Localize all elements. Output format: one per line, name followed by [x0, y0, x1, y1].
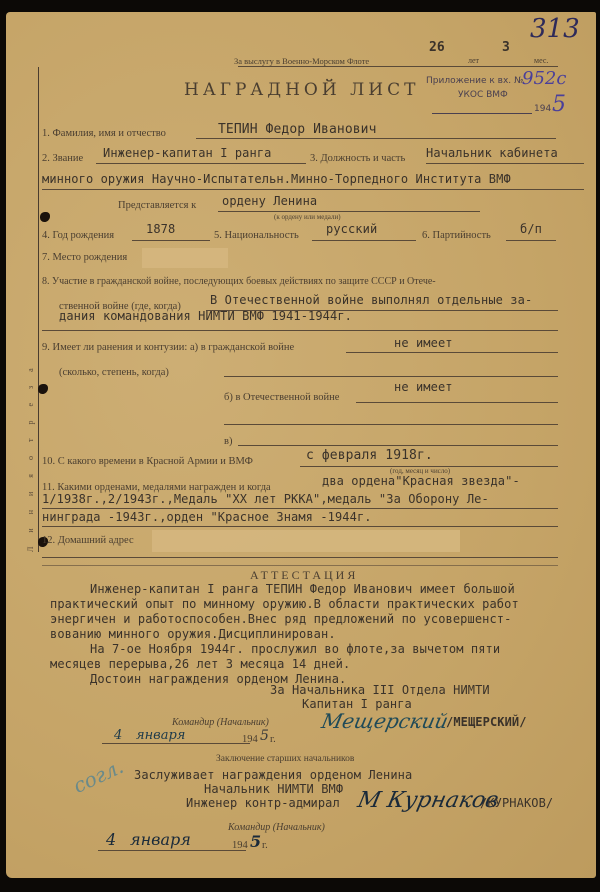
field9b-underline — [356, 402, 558, 403]
nominated-value: ордену Ленина — [222, 194, 317, 208]
field8-value-2: дания командования НИМТИ ВМФ 1941-1944г. — [59, 309, 352, 323]
field11-value-1: два ордена"Красная звезда"- — [322, 474, 520, 488]
attestation-line-6: месяцев перерыва,26 лет 3 месяца 14 дней… — [50, 657, 350, 671]
stamp-number: 952с — [522, 68, 566, 89]
field6-label: 6. Партийность — [422, 230, 491, 241]
conclusion-line2: Начальник НИМТИ ВМФ — [204, 782, 343, 796]
field5-label: 5. Национальность — [214, 230, 299, 241]
field11-value-2: 1/1938г.,2/1943г.,Медаль "XX лет РККА",м… — [42, 492, 489, 506]
conclusion-date-month: января — [130, 830, 191, 849]
service-underline — [238, 66, 558, 67]
attestation-line-2: практический опыт по минному оружию.В об… — [50, 597, 519, 611]
conclusion-line3: Инженер контр-адмирал — [186, 796, 340, 810]
punch-hole-1 — [40, 212, 50, 222]
attestation-date-month: января — [136, 728, 185, 743]
document-title: НАГРАДНОЙ ЛИСТ — [184, 80, 419, 100]
field12-underline-2 — [42, 565, 558, 566]
birthplace-redaction — [142, 248, 228, 268]
attestation-date-underline — [102, 743, 250, 744]
attestation-line-5: На 7-ое Ноября 1944г. прослужил во флоте… — [90, 642, 500, 656]
field4-value: 1878 — [146, 222, 175, 236]
field1-value: ТЕПИН Федор Иванович — [218, 122, 377, 137]
field3-underline-1 — [426, 163, 584, 164]
attestation-signature: Мещерский — [319, 709, 450, 733]
field11-value-3: нинграда -1943г.,орден "Красное Знамя -1… — [42, 510, 372, 524]
field9c-underline — [238, 445, 558, 446]
field4-underline — [132, 240, 210, 241]
archive-number: 313 — [530, 14, 580, 44]
conclusion-heading: Заключение старших начальников — [216, 754, 354, 764]
field8-label-1: 8. Участие в гражданской войне, последую… — [42, 276, 436, 287]
attestation-date-year-hand: 5 — [260, 728, 269, 744]
attestation-date-year: 194 — [242, 734, 258, 745]
field9-label: 9. Имеет ли ранения и контузии: а) в гра… — [42, 342, 294, 353]
field7-label: 7. Место рождения — [42, 252, 127, 263]
field9a-value: не имеет — [394, 336, 453, 350]
margin-note: согл. — [69, 754, 127, 798]
attestation-line-3: энергичен и работоспособен.Внес ряд пред… — [50, 612, 511, 626]
service-years-unit: лет — [468, 56, 479, 65]
field8-value-1: В Отечественной войне выполнял отдельные… — [210, 293, 532, 307]
field9b-label: б) в Отечественной войне — [224, 392, 339, 403]
conclusion-line1: Заслуживает награждения орденом Ленина — [134, 768, 412, 782]
field5-value: русский — [326, 222, 377, 236]
field12-underline — [42, 557, 558, 558]
field9b-value: не имеет — [394, 380, 453, 394]
field2-value: Инженер-капитан I ранга — [103, 146, 271, 160]
stamp-date-line — [432, 113, 532, 114]
field1-label: 1. Фамилия, имя и отчество — [42, 128, 166, 139]
conclusion-date-underline — [98, 850, 246, 851]
field6-underline — [506, 240, 556, 241]
conclusion-commander-label: Командир (Начальник) — [228, 822, 325, 833]
nominated-underline — [218, 211, 480, 212]
stamp-line2: УКОС ВМФ — [458, 90, 508, 100]
margin-rule — [38, 67, 39, 552]
field5-underline — [312, 240, 416, 241]
field4-label: 4. Год рождения — [42, 230, 114, 241]
attestation-commander-label: Командир (Начальник) — [172, 717, 269, 728]
attestation-signer-name: /МЕЩЕРСКИЙ/ — [446, 715, 527, 729]
field9b-underline-2 — [224, 424, 558, 425]
field11-underline-2 — [42, 526, 558, 527]
field10-label: 10. С какого времени в Красной Армии и В… — [42, 456, 253, 467]
attestation-line-1: Инженер-капитан I ранга ТЕПИН Федор Иван… — [90, 582, 515, 596]
award-sheet-page: 313 За выслугу в Военно-Морском Флоте 26… — [6, 12, 596, 878]
field2-label: 2. Звание — [42, 153, 83, 164]
service-months-unit: мес. — [534, 56, 548, 65]
conclusion-date-year: 194 — [232, 840, 248, 851]
field11-underline-1 — [42, 508, 558, 509]
field8-underline-2 — [42, 330, 558, 331]
conclusion-date-year-hand: 5 — [250, 832, 261, 851]
field6-value: б/п — [520, 222, 542, 236]
service-years: 26 — [429, 40, 445, 55]
attestation-date-day: 4 — [114, 728, 122, 743]
field9a-underline-2 — [224, 376, 558, 377]
field3-value-2: минного оружия Научно-Испытательн.Минно-… — [42, 172, 511, 186]
field1-underline — [196, 138, 556, 139]
field3-value-1: Начальник кабинета — [426, 146, 558, 160]
conclusion-date-suffix: г. — [262, 840, 268, 851]
address-redaction — [152, 530, 460, 552]
field12-label: 12. Домашний адрес — [42, 535, 134, 546]
punch-hole-2 — [38, 384, 48, 394]
service-length-label: За выслугу в Военно-Морском Флоте — [234, 56, 369, 66]
field2-underline — [96, 163, 306, 164]
attestation-signer-line1: За Начальника III Отдела НИМТИ — [270, 683, 490, 697]
stamp-year-hand: 5 — [552, 92, 566, 117]
stamp-year: 194 — [534, 104, 551, 114]
field9a-underline — [346, 352, 558, 353]
nominated-hint: (к ордену или медали) — [274, 213, 341, 221]
field9c-label: в) — [224, 436, 232, 447]
attestation-date-suffix: г. — [270, 734, 276, 745]
cut-line-text: Л и н и я о т р е з а — [26, 372, 35, 552]
stamp-line1: Приложение к вх. № — [426, 76, 523, 86]
field9-hint: (сколько, степень, когда) — [59, 367, 169, 378]
field10-value: с февраля 1918г. — [306, 448, 433, 463]
attestation-line-4: вованию минного оружия.Дисциплинирован. — [50, 627, 336, 641]
conclusion-signer-name: /КУРНАКОВ/ — [480, 796, 553, 810]
field3-label: 3. Должность и часть — [310, 153, 405, 164]
conclusion-date-day: 4 — [106, 830, 116, 849]
field3-underline-2 — [42, 189, 584, 190]
service-months: 3 — [502, 40, 510, 55]
attestation-heading: АТТЕСТАЦИЯ — [250, 568, 358, 583]
nominated-label: Представляется к — [118, 200, 196, 211]
